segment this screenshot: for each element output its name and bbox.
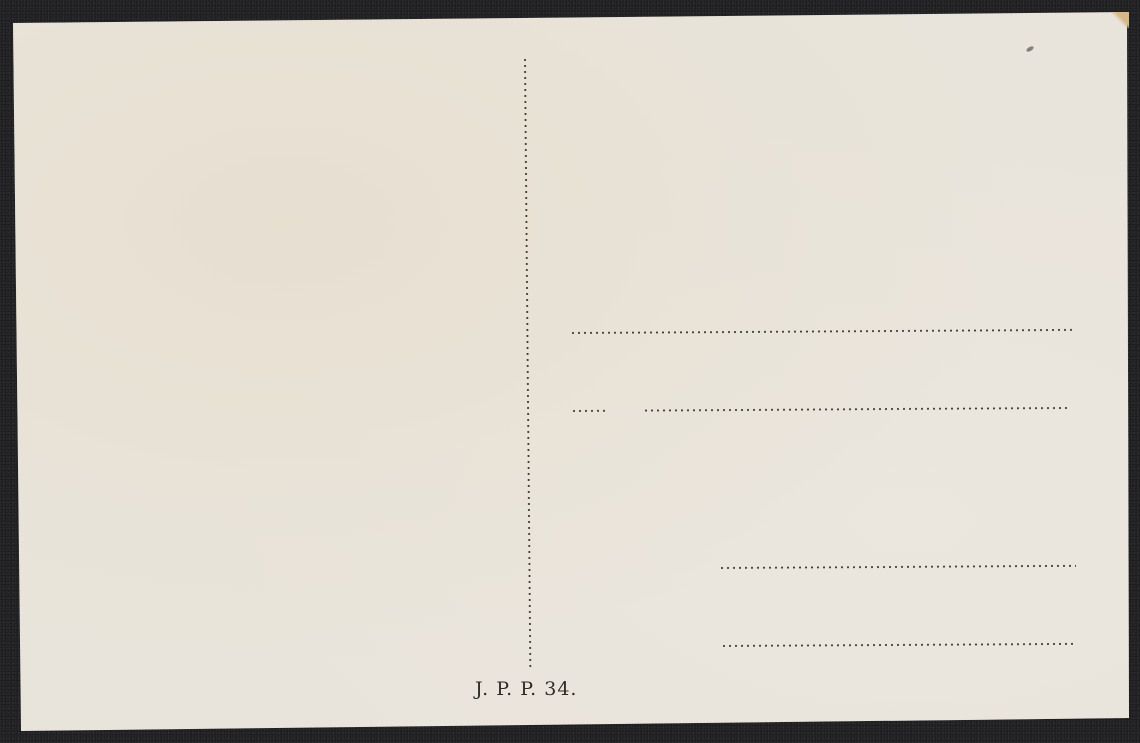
worn-corner xyxy=(1112,12,1129,28)
postcard-back xyxy=(0,0,1140,743)
imprint-code: J. P. P. 34. xyxy=(475,678,577,700)
address-line-2-gap xyxy=(606,408,642,413)
